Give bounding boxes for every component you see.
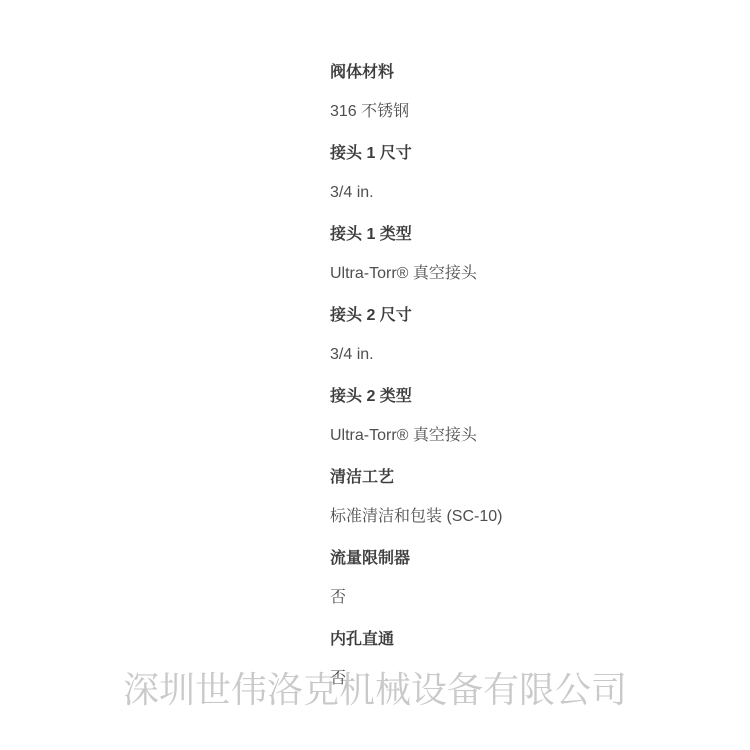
spec-row: 内孔直通 否 [330,632,502,687]
spec-row: 接头 2 类型 Ultra-Torr® 真空接头 [330,389,502,444]
spec-row: 清洁工艺 标准清洁和包装 (SC-10) [330,470,502,525]
spec-label: 内孔直通 [330,632,502,648]
spec-value: Ultra-Torr® 真空接头 [330,266,502,282]
spec-label: 流量限制器 [330,551,502,567]
spec-value: 3/4 in. [330,347,502,363]
product-spec-list: 阀体材料 316 不锈钢 接头 1 尺寸 3/4 in. 接头 1 类型 Ult… [330,65,502,713]
spec-value: 标准清洁和包装 (SC-10) [330,509,502,525]
spec-value: 316 不锈钢 [330,104,502,120]
spec-row: 阀体材料 316 不锈钢 [330,65,502,120]
spec-row: 流量限制器 否 [330,551,502,606]
spec-row: 接头 1 尺寸 3/4 in. [330,146,502,201]
spec-row: 接头 1 类型 Ultra-Torr® 真空接头 [330,227,502,282]
spec-label: 接头 2 类型 [330,389,502,405]
spec-value: 3/4 in. [330,185,502,201]
spec-value: 否 [330,590,502,606]
spec-value: Ultra-Torr® 真空接头 [330,428,502,444]
spec-value: 否 [330,671,502,687]
spec-label: 阀体材料 [330,65,502,81]
spec-label: 接头 1 类型 [330,227,502,243]
spec-row: 接头 2 尺寸 3/4 in. [330,308,502,363]
spec-label: 接头 1 尺寸 [330,146,502,162]
spec-label: 接头 2 尺寸 [330,308,502,324]
spec-label: 清洁工艺 [330,470,502,486]
